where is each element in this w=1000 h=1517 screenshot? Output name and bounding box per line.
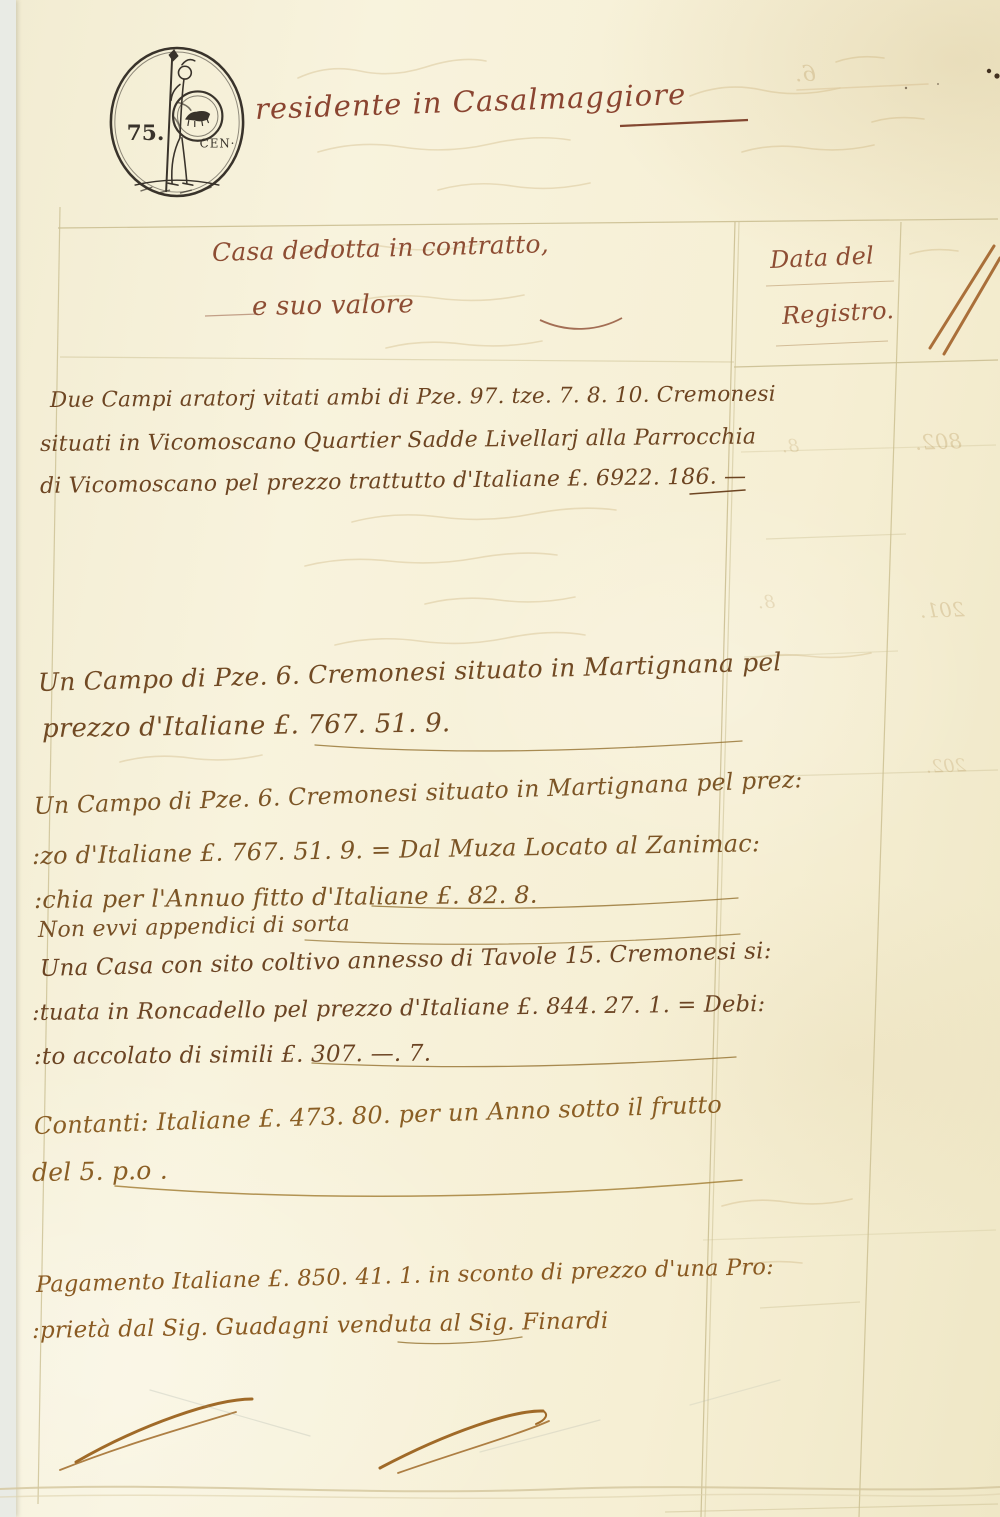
ghost-mark-6: 6. — [795, 62, 817, 88]
entry-7-line-1: Pagamento Italiane £. 850. 41. 1. in sco… — [36, 1254, 775, 1298]
registry-slash-mark — [930, 246, 1000, 354]
value-column-header-line2: e suo valore — [252, 289, 415, 322]
signature-flourishes — [60, 1380, 780, 1473]
entry-2-line-2: prezzo d'Italiane £. 767. 51. 9. — [42, 708, 451, 744]
entry-7-line-2: :prietà dal Sig. Guadagni venduta al Sig… — [32, 1308, 609, 1344]
ghost-mark-8a: 8. — [782, 436, 800, 458]
stamp-unit: CEN· — [200, 137, 236, 151]
value-column-header-line1: Casa dedotta in contratto, — [212, 229, 550, 267]
residence-note: residente in Casalmaggiore — [254, 77, 686, 126]
entry-3-line-1: Un Campo di Pze. 6. Cremonesi situato in… — [34, 765, 804, 820]
entry-5-line-1: Una Casa con sito coltivo annesso di Tav… — [40, 938, 772, 982]
entry-5-line-3: :to accolato di simili £. 307. —. 7. — [34, 1041, 431, 1070]
entry-3-line-3: :chia per l'Annuo fitto d'Italiane £. 82… — [34, 881, 538, 914]
registry-column-header-line2: Registro. — [781, 296, 895, 330]
stamp-ground — [135, 180, 220, 193]
ghost-mark-8b: 8. — [758, 592, 776, 614]
entry-1-line-1: Due Campi aratorj vitati ambi di Pze. 97… — [50, 382, 776, 413]
entry-4-line-1: Non evvi appendici di sorta — [38, 911, 350, 943]
entry-1-line-2: situati in Vicomoscano Quartier Sadde Li… — [40, 425, 756, 457]
scanner-edge — [0, 0, 16, 1517]
stamp-denomination: 75. — [127, 121, 165, 146]
entry-2-line-1: Un Campo di Pze. 6. Cremonesi situato in… — [38, 647, 782, 697]
entry-1-line-3: di Vicomoscano pel prezzo trattutto d'It… — [40, 464, 747, 499]
ghost-mark-802: 802. — [915, 429, 963, 455]
revenue-stamp: 75. CEN· — [103, 42, 251, 204]
entry-6-line-1: Contanti: Italiane £. 473. 80. per un An… — [34, 1090, 723, 1140]
ghost-mark-202: 202. — [926, 755, 967, 777]
entry-5-line-2: :tuata in Roncadello pel prezzo d'Italia… — [32, 991, 766, 1026]
ink-specks — [905, 69, 1000, 89]
manuscript-page: 75. CEN· residente in Casalmaggiore Casa… — [0, 0, 1000, 1517]
entry-6-line-2: del 5. p.o . — [32, 1156, 168, 1187]
registry-column-header-line1: Data del — [769, 241, 874, 274]
ghost-mark-201: 201. — [920, 597, 965, 623]
entry-3-line-2: :zo d'Italiane £. 767. 51. 9. = Dal Muza… — [32, 829, 761, 870]
bottom-crease — [0, 1487, 1000, 1499]
minerva-figure — [166, 50, 195, 191]
